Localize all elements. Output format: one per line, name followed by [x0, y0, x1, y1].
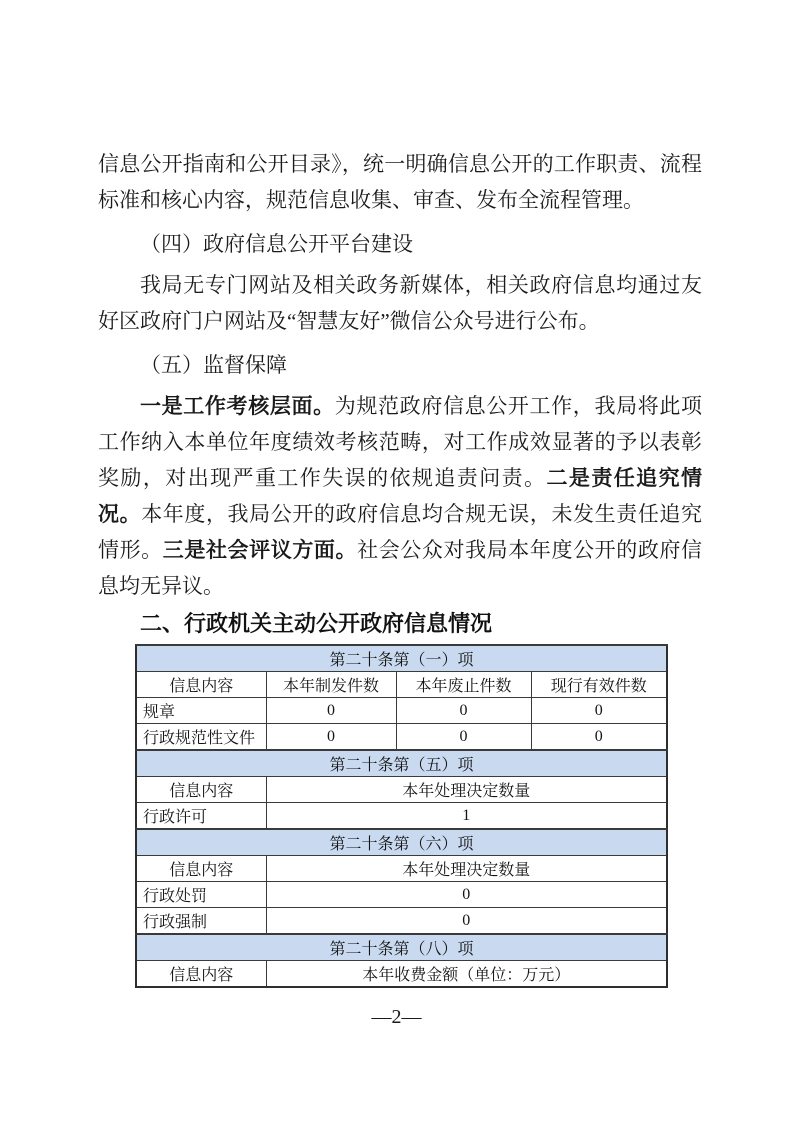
section8-col-header: 信息内容: [136, 961, 266, 988]
table-row-section6-columns: 信息内容 本年处理决定数量: [136, 856, 667, 882]
section1-col-header: 本年制发件数: [266, 672, 396, 698]
paragraph-continuation: 信息公开指南和公开目录》，统一明确信息公开的工作职责、流程标准和核心内容，规范信…: [98, 146, 702, 218]
section1-col-header: 信息内容: [136, 672, 266, 698]
section6-col-header: 本年处理决定数量: [266, 856, 667, 882]
row-label: 行政强制: [136, 908, 266, 935]
table-row: 行政处罚 0: [136, 882, 667, 908]
section6-col-header: 信息内容: [136, 856, 266, 882]
document-body: 信息公开指南和公开目录》，统一明确信息公开的工作职责、流程标准和核心内容，规范信…: [98, 146, 702, 988]
heading-section-five: （五）监督保障: [98, 347, 702, 383]
section5-title-cell: 第二十条第（五）项: [136, 750, 667, 777]
row-label: 规章: [136, 698, 266, 724]
row-value: 0: [396, 698, 531, 724]
paragraph-supervision: 一是工作考核层面。为规范政府信息公开工作，我局将此项工作纳入本单位年度绩效考核范…: [98, 388, 702, 604]
table-row-section8-title: 第二十条第（八）项: [136, 934, 667, 961]
page-number: —2—: [0, 1006, 793, 1029]
row-value: 0: [396, 724, 531, 751]
heading-section-two: 二、行政机关主动公开政府信息情况: [98, 608, 702, 640]
table-row-section5-title: 第二十条第（五）项: [136, 750, 667, 777]
row-label: 行政处罚: [136, 882, 266, 908]
row-value: 0: [266, 908, 667, 935]
table-row: 规章 0 0 0: [136, 698, 667, 724]
row-value: 0: [266, 698, 396, 724]
table-row: 行政规范性文件 0 0 0: [136, 724, 667, 751]
row-value: 0: [266, 882, 667, 908]
row-value: 0: [531, 724, 667, 751]
table-row: 行政强制 0: [136, 908, 667, 935]
section1-title-cell: 第二十条第（一）项: [136, 645, 667, 672]
bold-run-public-review: 三是社会评议方面。: [163, 538, 357, 562]
row-value: 0: [531, 698, 667, 724]
row-label: 行政许可: [136, 803, 266, 830]
disclosure-statistics-table: 第二十条第（一）项 信息内容 本年制发件数 本年废止件数 现行有效件数 规章 0…: [135, 644, 668, 988]
bold-run-work-assessment: 一是工作考核层面。: [140, 394, 335, 418]
table-row-section5-columns: 信息内容 本年处理决定数量: [136, 777, 667, 803]
section8-col-header: 本年收费金额（单位：万元）: [266, 961, 667, 988]
paragraph-platform: 我局无专门网站及相关政务新媒体，相关政府信息均通过友好区政府门户网站及“智慧友好…: [98, 267, 702, 339]
row-value: 0: [266, 724, 396, 751]
document-page: 信息公开指南和公开目录》，统一明确信息公开的工作职责、流程标准和核心内容，规范信…: [0, 0, 793, 1122]
heading-section-four: （四）政府信息公开平台建设: [98, 226, 702, 262]
section1-col-header: 现行有效件数: [531, 672, 667, 698]
section1-col-header: 本年废止件数: [396, 672, 531, 698]
table-row-section1-columns: 信息内容 本年制发件数 本年废止件数 现行有效件数: [136, 672, 667, 698]
row-label: 行政规范性文件: [136, 724, 266, 751]
row-value: 1: [266, 803, 667, 830]
table-row-section8-columns: 信息内容 本年收费金额（单位：万元）: [136, 961, 667, 988]
table-row: 行政许可 1: [136, 803, 667, 830]
section5-col-header: 信息内容: [136, 777, 266, 803]
table-row-section6-title: 第二十条第（六）项: [136, 829, 667, 856]
section8-title-cell: 第二十条第（八）项: [136, 934, 667, 961]
table-row-section1-title: 第二十条第（一）项: [136, 645, 667, 672]
section6-title-cell: 第二十条第（六）项: [136, 829, 667, 856]
section5-col-header: 本年处理决定数量: [266, 777, 667, 803]
